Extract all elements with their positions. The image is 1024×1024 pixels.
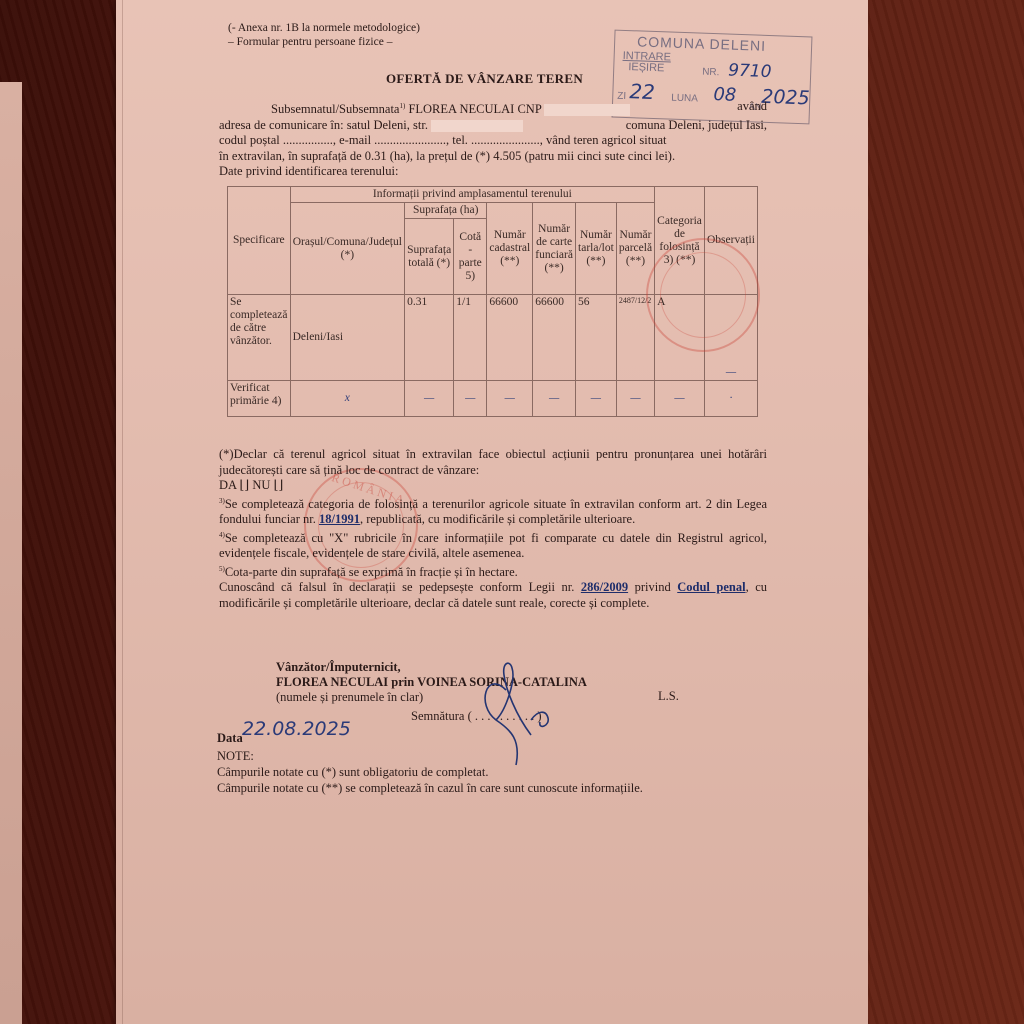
header-nr-cadastral: Număr cadastral (**) [487, 203, 533, 295]
header-suprafata: Suprafața (ha) [405, 203, 487, 219]
redacted-street [431, 120, 523, 132]
stamp-an-value: 2025 [761, 86, 810, 110]
header-suprafata-totala: Suprafața totală (*) [405, 219, 454, 295]
falsul-declaration: Cunoscând că falsul în declarații se ped… [219, 580, 767, 611]
date-value: 22.08.2025 [242, 718, 351, 740]
footnote-3: 3)Se completează categoria de folosință … [219, 494, 767, 528]
annex-line-1: (- Anexa nr. 1B la normele metodologice) [228, 21, 420, 35]
document-title: OFERTĂ DE VÂNZARE TEREN [386, 71, 583, 87]
header-nr-carte-funciara: Număr de carte funciară (**) [533, 203, 576, 295]
notes-line-2: Câmpurile notate cu (**) se completează … [217, 780, 643, 796]
footnotes: (*)Declar că terenul agricol situat în e… [219, 447, 767, 611]
link-law-286-2009[interactable]: 286/2009 [581, 580, 628, 594]
intro-line-3: codul poștal ................, e-mail ..… [219, 133, 767, 149]
notes-header: NOTE: [217, 748, 643, 764]
link-codul-penal[interactable]: Codul penal [677, 580, 745, 594]
checkbox-da[interactable]: ⌊⌋ [240, 478, 250, 492]
checkbox-nu[interactable]: ⌊⌋ [274, 478, 284, 492]
ls-label: L.S. [658, 689, 679, 704]
stamp-iesire-label: IEȘIRE [628, 62, 671, 74]
link-law-18-1991[interactable]: 18/1991 [319, 512, 360, 526]
footnote-5: 5)Cota-parte din suprafață se exprimă în… [219, 562, 767, 581]
document-page: (- Anexa nr. 1B la normele metodologice)… [116, 0, 868, 1024]
stamp-nr-value: 9710 [728, 61, 772, 82]
header-nr-tarla-lot: Număr tarla/lot (**) [576, 203, 617, 295]
header-specificare: Specificare [228, 187, 291, 295]
intro-line-2: adresa de comunicare în: satul Deleni, s… [219, 118, 767, 134]
annex-line-2: – Formular pentru persoane fizice – [228, 35, 420, 49]
stamp-nr-label: NR. [702, 67, 720, 79]
intro-paragraph: Subsemnatul/Subsemnata1) FLOREA NECULAI … [219, 99, 767, 180]
notes-line-1: Câmpurile notate cu (*) sunt obligatoriu… [217, 764, 643, 780]
notes-section: NOTE: Câmpurile notate cu (*) sunt oblig… [217, 748, 643, 796]
adjacent-paper-sheet [0, 82, 22, 1024]
stamp-direction: INTRARE IEȘIRE [622, 51, 671, 75]
footnote-4: 4)Se completează cu "X" rubricile în car… [219, 528, 767, 562]
intro-line-5: Date privind identificarea terenului: [219, 164, 767, 180]
intro-line-4: în extravilan, în suprafață de 0.31 (ha)… [219, 149, 767, 165]
table-row-primarie: Verificat primărie 4) x — — — — — — — · [228, 381, 758, 417]
header-group-amplasament: Informații privind amplasamentul terenul… [290, 187, 655, 203]
header-oras: Orașul/Comuna/Județul (*) [290, 203, 404, 295]
date-label: Data [217, 731, 243, 746]
annex-header: (- Anexa nr. 1B la normele metodologice)… [228, 21, 420, 49]
intro-line-1: Subsemnatul/Subsemnata1) FLOREA NECULAI … [219, 99, 767, 118]
redacted-cnp [544, 104, 630, 116]
footnote-declar: (*)Declar că terenul agricol situat în e… [219, 447, 767, 478]
da-nu-options: DA ⌊⌋ NU ⌊⌋ [219, 478, 767, 494]
municipal-seal-table [646, 238, 760, 352]
header-cota-parte: Cotă - parte 5) [454, 219, 487, 295]
seller-name: FLOREA NECULAI [408, 102, 514, 116]
